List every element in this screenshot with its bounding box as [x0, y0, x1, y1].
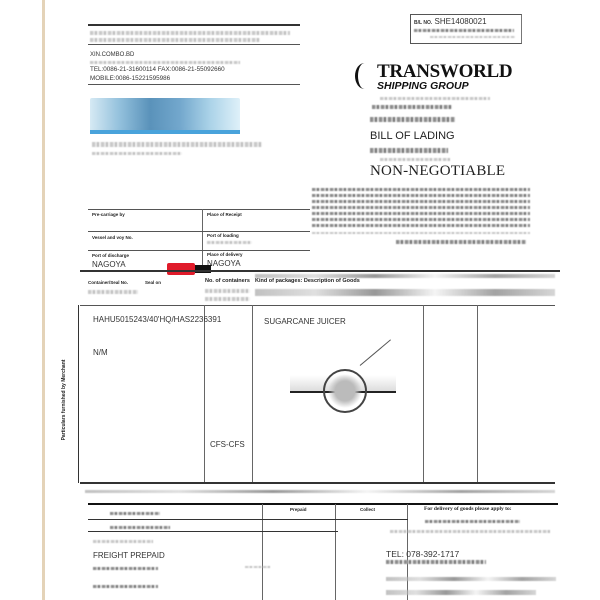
collect-header: Collect — [360, 507, 375, 512]
divider — [80, 482, 555, 484]
scan-distortion — [255, 289, 555, 296]
column-divider — [252, 305, 253, 483]
column-divider — [477, 305, 478, 483]
blurred-text — [386, 560, 486, 564]
blurred-text — [88, 290, 138, 294]
service-type: CFS-CFS — [210, 440, 245, 449]
blurred-text — [110, 512, 160, 515]
scan-edge — [42, 0, 45, 600]
company-seal-stamp — [323, 369, 367, 413]
blurred-text — [380, 158, 450, 161]
blurred-text — [380, 97, 490, 100]
place-of-receipt-label: Place of Receipt — [207, 212, 242, 217]
port-of-loading-label: Port of loading — [207, 233, 239, 238]
no-of-containers-header: No. of containers — [205, 278, 250, 284]
table-border — [78, 305, 79, 483]
shipper-contact: TEL:0086-21-31600114 FAX:0086-21-5509266… — [90, 66, 225, 73]
vessel-voyage-label: Vessel and voy No. — [92, 235, 133, 240]
terms-text — [312, 194, 530, 197]
redaction-mark — [167, 263, 195, 275]
terms-text — [312, 206, 530, 209]
shipper-mobile: MOBILE:0086-15221595986 — [90, 75, 170, 82]
blurred-text — [372, 105, 452, 109]
place-of-delivery-value: NAGOYA — [207, 259, 241, 268]
place-of-delivery-label: Place of delivery — [207, 252, 243, 257]
pre-carriage-label: Pre-carriage by — [92, 212, 125, 217]
shipper-name: XIN.COMBO.BD — [90, 52, 134, 58]
blurred-text — [92, 152, 182, 155]
prepaid-header: Prepaid — [290, 507, 307, 512]
blurred-text — [207, 241, 252, 244]
scan-distortion — [386, 577, 556, 581]
blurred-text — [370, 148, 448, 153]
divider — [88, 231, 310, 232]
port-of-discharge-label: Port of discharge — [92, 253, 129, 258]
blurred-text — [92, 142, 262, 147]
blurred-text — [370, 117, 455, 122]
divider — [88, 250, 310, 251]
shipping-marks: N/M — [93, 348, 108, 357]
terms-text — [312, 218, 530, 221]
consignee-logo-image — [90, 98, 240, 134]
non-negotiable-label: NON-NEGOTIABLE — [370, 163, 505, 180]
terms-text — [312, 212, 530, 215]
scan-distortion — [85, 490, 555, 493]
blurred-text — [93, 585, 158, 588]
description-header: Kind of packages: Description of Goods — [255, 278, 360, 284]
blurred-text — [110, 526, 170, 529]
divider — [88, 503, 558, 505]
blurred-text — [390, 530, 550, 533]
globe-icon — [355, 63, 374, 89]
terms-text — [312, 224, 530, 227]
divider — [88, 519, 408, 520]
blurred-text — [90, 31, 290, 35]
container-number: HAHU5015243/40'HQ/HAS2236391 — [93, 315, 221, 324]
divider — [88, 531, 338, 532]
blurred-text — [90, 38, 260, 42]
blurred-text — [93, 540, 153, 543]
freight-terms: FREIGHT PREPAID — [93, 551, 165, 560]
blurred-text — [425, 520, 520, 523]
marks-header: Seal on — [145, 280, 161, 285]
document-title: BILL OF LADING — [370, 130, 455, 142]
divider — [88, 84, 300, 85]
blurred-text — [430, 36, 515, 38]
bl-number-label: B/L NO. — [414, 20, 432, 26]
terms-text — [312, 200, 530, 203]
agent-telephone: TEL: 078-392-1717 — [386, 549, 459, 559]
scan-distortion — [386, 590, 536, 595]
column-divider — [202, 209, 203, 269]
blurred-text — [205, 289, 250, 293]
bl-number: B/L NO. SHE14080021 — [414, 17, 487, 26]
divider — [88, 209, 310, 210]
signature-stroke — [360, 339, 391, 365]
blurred-text — [93, 567, 158, 570]
delivery-agent-header: For delivery of goods please apply to: — [424, 506, 512, 512]
blurred-text — [205, 297, 250, 301]
divider — [80, 305, 555, 306]
divider — [88, 44, 300, 45]
blurred-text — [414, 29, 514, 32]
merchant-particulars-label: Particulars furnished by Merchant — [58, 330, 70, 470]
bl-number-value: SHE14080021 — [434, 17, 486, 26]
divider — [80, 270, 560, 272]
column-divider — [423, 305, 424, 483]
terms-text — [396, 240, 526, 244]
blurred-text — [90, 61, 240, 64]
terms-text — [312, 188, 530, 191]
divider — [88, 24, 300, 26]
goods-description: SUGARCANE JUICER — [264, 317, 346, 326]
blurred-text — [245, 566, 270, 568]
scan-distortion — [255, 274, 555, 278]
container-seal-header: Container/Seal No. — [88, 280, 128, 285]
column-divider — [204, 305, 205, 483]
carrier-subtitle: SHIPPING GROUP — [377, 80, 469, 92]
port-of-discharge-value: NAGOYA — [92, 260, 126, 269]
terms-text — [312, 232, 530, 234]
